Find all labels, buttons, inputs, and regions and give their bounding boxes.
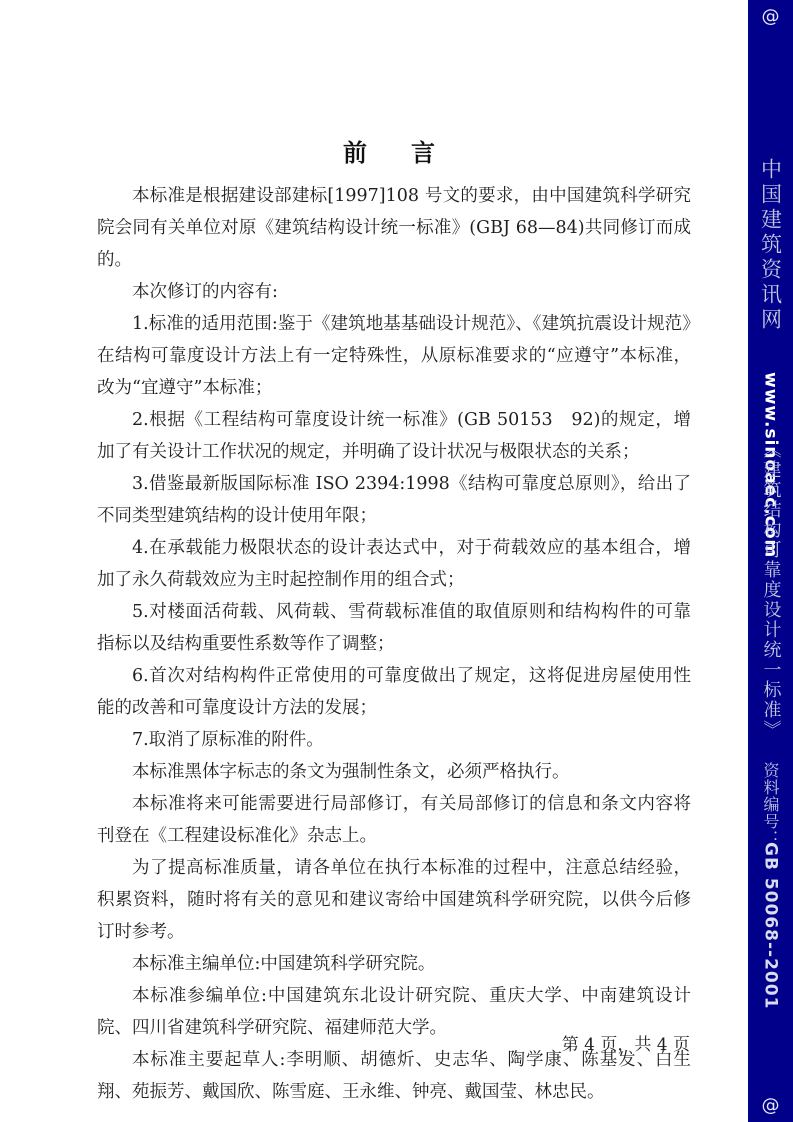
paragraph-future-revision: 本标准将来可能需要进行局部修订，有关局部修订的信息和条文内容将刊登在《工程建设标… <box>97 788 691 852</box>
foreword-text: 本标准是根据建设部建标[1997]108 号文的要求，由中国建筑科学研究院会同有… <box>97 180 691 1108</box>
paragraph-feedback: 为了提高标准质量，请各单位在执行本标准的过程中，注意总结经验，积累资料，随时将有… <box>97 852 691 948</box>
paragraph-item-4: 4.在承载能力极限状态的设计表达式中，对于荷载效应的基本组合，增加了永久荷载效应… <box>97 532 691 596</box>
document-page: 前 言 本标准是根据建设部建标[1997]108 号文的要求，由中国建筑科学研究… <box>0 0 793 1122</box>
paragraph-item-7: 7.取消了原标准的附件。 <box>97 724 691 756</box>
paragraph-item-1: 1.标准的适用范围:鉴于《建筑地基基础设计规范》、《建筑抗震设计规范》在结构可靠… <box>97 308 691 404</box>
paragraph-item-2: 2.根据《工程结构可靠度设计统一标准》(GB 50153 92)的规定，增加了有… <box>97 404 691 468</box>
document-body: 前 言 本标准是根据建设部建标[1997]108 号文的要求，由中国建筑科学研究… <box>97 0 691 1108</box>
sidebar-ref-label: 资料编号： <box>759 762 782 847</box>
page-title: 前 言 <box>97 133 691 168</box>
sidebar-site-name: 中国建筑资讯网 <box>756 158 786 333</box>
paragraph-revision-lead-in: 本次修订的内容有: <box>97 276 691 308</box>
paragraph-item-5: 5.对楼面活荷载、风荷载、雪荷载标准值的取值原则和结构构件的可靠指标以及结构重要… <box>97 596 691 660</box>
paragraph-item-3: 3.借鉴最新版国际标准 ISO 2394:1998《结构可靠度总原则》，给出了不… <box>97 468 691 532</box>
paragraph-intro: 本标准是根据建设部建标[1997]108 号文的要求，由中国建筑科学研究院会同有… <box>97 180 691 276</box>
sidebar-standard-title: 《建筑结构可靠度设计统一标准》 <box>758 440 784 740</box>
paragraph-mandatory-note: 本标准黑体字标志的条文为强制性条文，必须严格执行。 <box>97 756 691 788</box>
watermark-sidebar: @ 中国建筑资讯网 www.sinoaec.com 《建筑结构可靠度设计统一标准… <box>748 0 793 1122</box>
sidebar-ref-number: GB 50068--2001 <box>761 842 781 1009</box>
at-sign-icon-top: @ <box>748 6 793 27</box>
page-number: 第 4 页，共 4 页 <box>562 1030 690 1055</box>
paragraph-chief-editor: 本标准主编单位:中国建筑科学研究院。 <box>97 948 691 980</box>
at-sign-icon-bottom: @ <box>748 1095 793 1116</box>
paragraph-item-6: 6.首次对结构构件正常使用的可靠度做出了规定，这将促进房屋使用性能的改善和可靠度… <box>97 660 691 724</box>
